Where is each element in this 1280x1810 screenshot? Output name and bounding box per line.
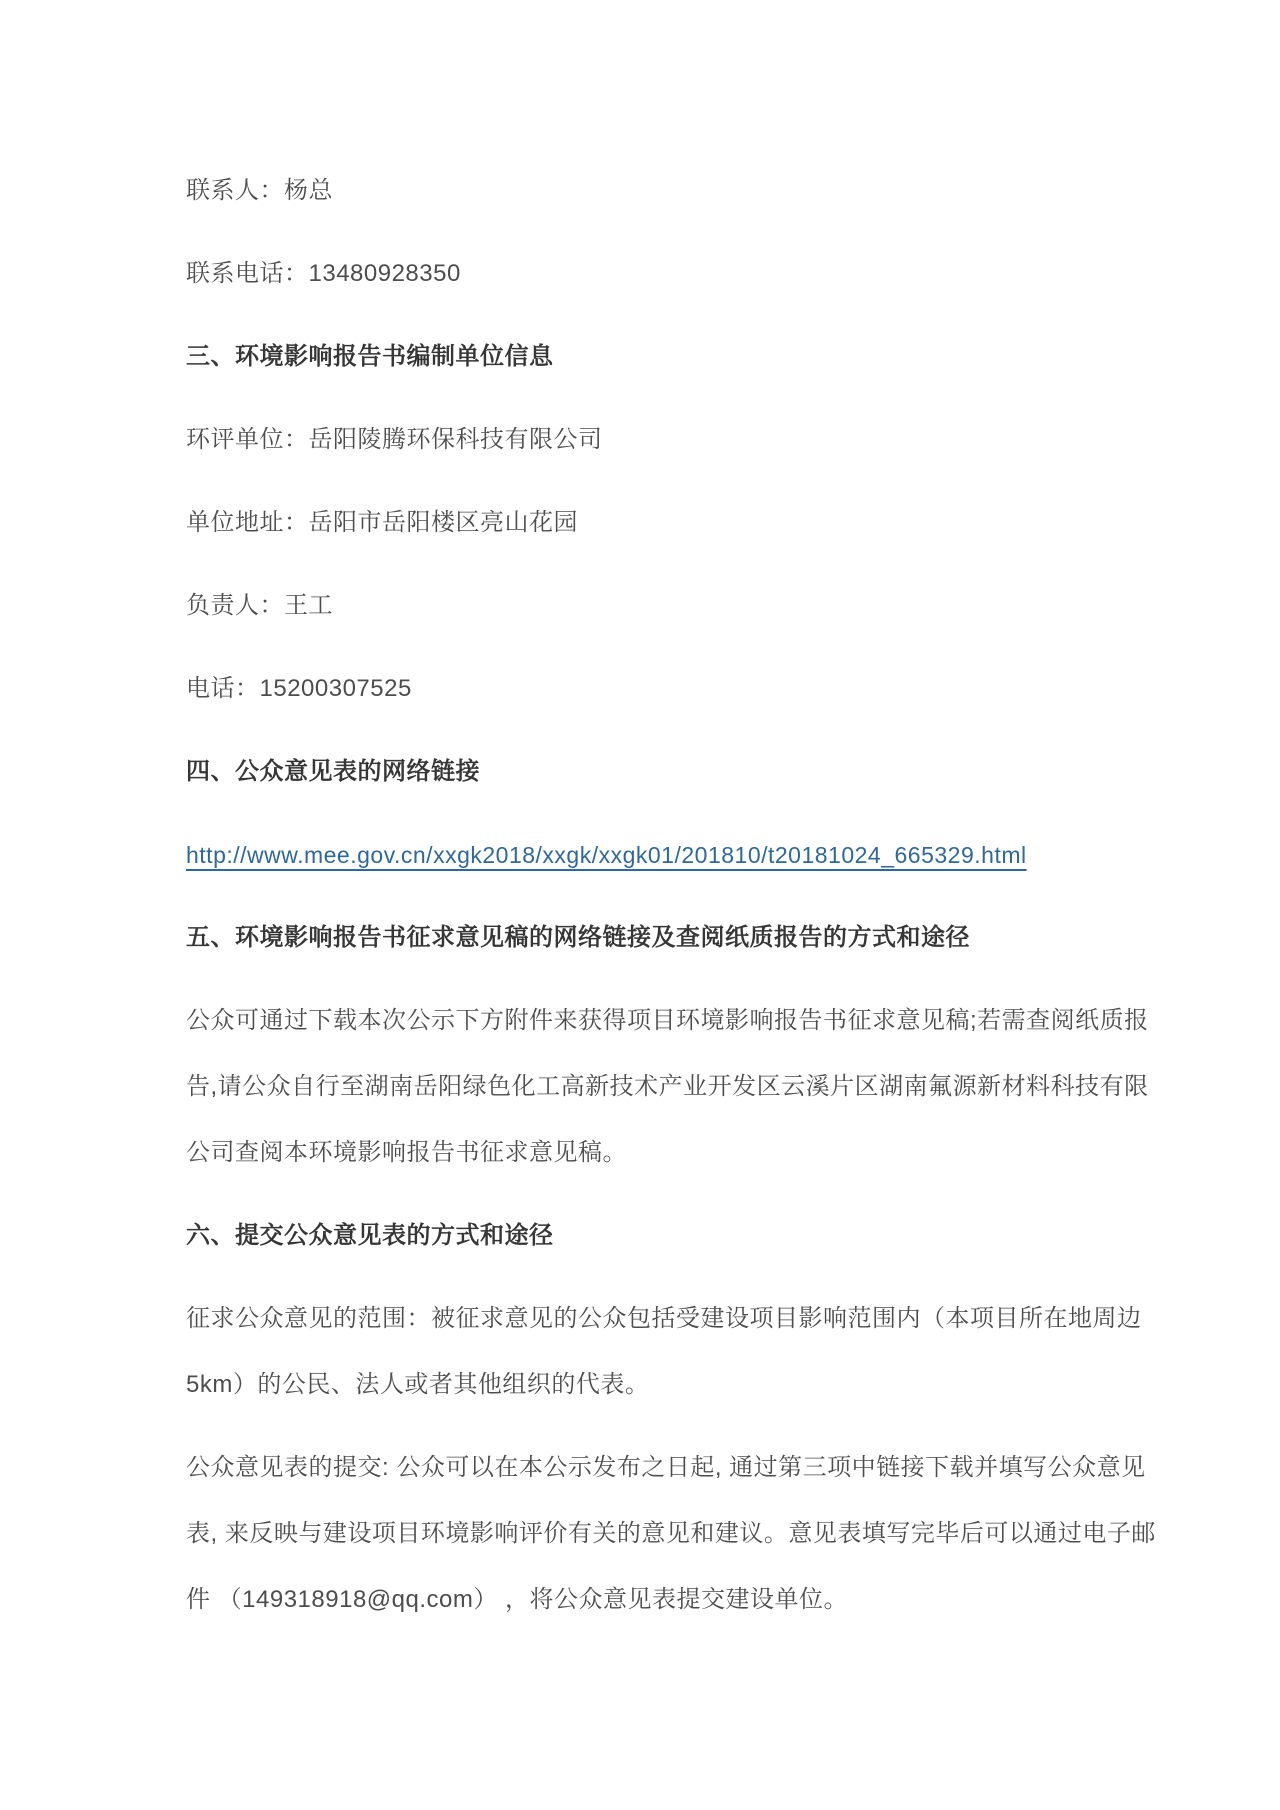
paragraph: 公众意见表的提交: 公众可以在本公示发布之日起, 通过第三项中链接下载并填写公众… bbox=[186, 1435, 1190, 1633]
text-line: 单位地址：岳阳市岳阳楼区亮山花园 bbox=[186, 490, 1190, 556]
paragraph: 单位地址：岳阳市岳阳楼区亮山花园 bbox=[186, 490, 1190, 556]
text-line: 六、提交公众意见表的方式和途径 bbox=[186, 1203, 1190, 1269]
section-heading: 五、环境影响报告书征求意见稿的网络链接及查阅纸质报告的方式和途径 bbox=[186, 905, 1190, 971]
paragraph: 联系电话：13480928350 bbox=[186, 241, 1190, 307]
text-line: 公司查阅本环境影响报告书征求意见稿。 bbox=[186, 1120, 1190, 1186]
text-line: 征求公众意见的范围：被征求意见的公众包括受建设项目影响范围内（本项目所在地周边 bbox=[186, 1286, 1190, 1352]
text-line: 公众可通过下载本次公示下方附件来获得项目环境影响报告书征求意见稿;若需查阅纸质报 bbox=[186, 988, 1190, 1054]
text-line: 联系人：杨总 bbox=[186, 158, 1190, 224]
hyperlink-paragraph: http://www.mee.gov.cn/xxgk2018/xxgk/xxgk… bbox=[186, 822, 1190, 888]
text-line: 环评单位：岳阳陵腾环保科技有限公司 bbox=[186, 407, 1190, 473]
paragraph: 环评单位：岳阳陵腾环保科技有限公司 bbox=[186, 407, 1190, 473]
text-line: 件 （149318918@qq.com） ，将公众意见表提交建设单位。 bbox=[186, 1567, 1190, 1633]
paragraph: 联系人：杨总 bbox=[186, 158, 1190, 224]
text-line: 告,请公众自行至湖南岳阳绿色化工高新技术产业开发区云溪片区湖南氟源新材料科技有限 bbox=[186, 1054, 1190, 1120]
section-heading: 六、提交公众意见表的方式和途径 bbox=[186, 1203, 1190, 1269]
mee-gov-link[interactable]: http://www.mee.gov.cn/xxgk2018/xxgk/xxgk… bbox=[186, 822, 1190, 888]
text-line: 四、公众意见表的网络链接 bbox=[186, 739, 1190, 805]
section-heading: 三、环境影响报告书编制单位信息 bbox=[186, 324, 1190, 390]
text-line: 五、环境影响报告书征求意见稿的网络链接及查阅纸质报告的方式和途径 bbox=[186, 905, 1190, 971]
text-line: 联系电话：13480928350 bbox=[186, 241, 1190, 307]
text-line: 公众意见表的提交: 公众可以在本公示发布之日起, 通过第三项中链接下载并填写公众… bbox=[186, 1435, 1190, 1501]
section-heading: 四、公众意见表的网络链接 bbox=[186, 739, 1190, 805]
paragraph: 负责人：王工 bbox=[186, 573, 1190, 639]
paragraph: 公众可通过下载本次公示下方附件来获得项目环境影响报告书征求意见稿;若需查阅纸质报… bbox=[186, 988, 1190, 1186]
text-line: 三、环境影响报告书编制单位信息 bbox=[186, 324, 1190, 390]
document-body: 联系人：杨总联系电话：13480928350三、环境影响报告书编制单位信息环评单… bbox=[0, 0, 1280, 1633]
paragraph: 电话：15200307525 bbox=[186, 656, 1190, 722]
document-page: 联系人：杨总联系电话：13480928350三、环境影响报告书编制单位信息环评单… bbox=[0, 0, 1280, 1810]
text-line: 负责人：王工 bbox=[186, 573, 1190, 639]
text-line: 表, 来反映与建设项目环境影响评价有关的意见和建议。意见表填写完毕后可以通过电子… bbox=[186, 1501, 1190, 1567]
text-line: 5km）的公民、法人或者其他组织的代表。 bbox=[186, 1352, 1190, 1418]
paragraph: 征求公众意见的范围：被征求意见的公众包括受建设项目影响范围内（本项目所在地周边5… bbox=[186, 1286, 1190, 1418]
text-line: 电话：15200307525 bbox=[186, 656, 1190, 722]
